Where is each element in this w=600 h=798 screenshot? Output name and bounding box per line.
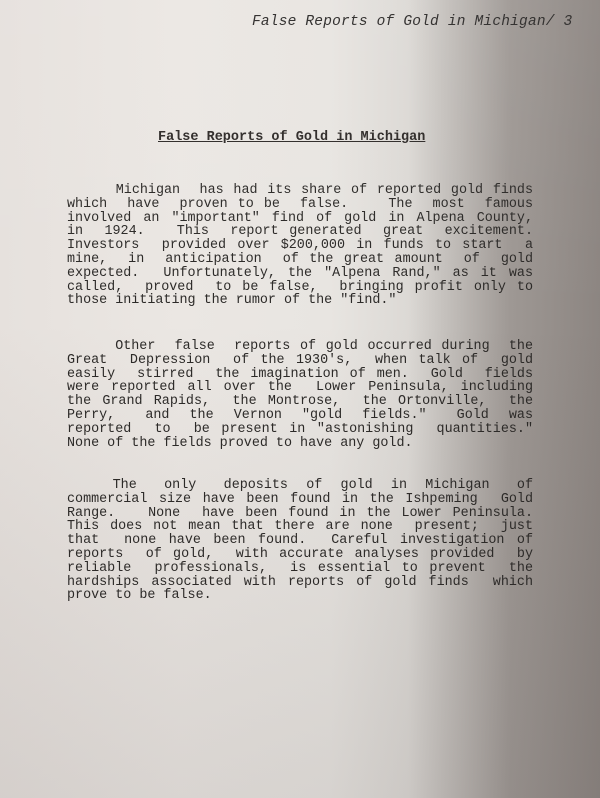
text-line: This does not mean that there are none p…: [67, 520, 533, 534]
document-title: False Reports of Gold in Michigan: [158, 130, 425, 145]
paragraph-3: The only deposits of gold in Michigan of…: [67, 479, 533, 603]
text-line: Other false reports of gold occurred dur…: [67, 340, 533, 354]
text-line: reliable professionals, is essential to …: [67, 562, 533, 576]
text-line: The only deposits of gold in Michigan of: [67, 479, 533, 493]
text-line: commercial size have been found in the I…: [67, 493, 533, 507]
paragraph-2: Other false reports of gold occurred dur…: [67, 340, 533, 450]
text-line: were reported all over the Lower Peninsu…: [67, 381, 533, 395]
text-line: in 1924. This report generated great exc…: [67, 225, 533, 239]
text-line: called, proved to be false, bringing pro…: [67, 281, 533, 295]
text-line: hardships associated with reports of gol…: [67, 576, 533, 590]
text-line: prove to be false.: [67, 589, 533, 603]
text-line: easily stirred the imagination of men. G…: [67, 368, 533, 382]
running-header: False Reports of Gold in Michigan/ 3: [252, 14, 572, 30]
text-line: expected. Unfortunately, the "Alpena Ran…: [67, 267, 533, 281]
text-line: reports of gold, with accurate analyses …: [67, 548, 533, 562]
paragraph-1: Michigan has had its share of reported g…: [67, 184, 533, 308]
text-line: Great Depression of the 1930's, when tal…: [67, 354, 533, 368]
text-line: Investors provided over $200,000 in fund…: [67, 239, 533, 253]
text-line: reported to be present in "astonishing q…: [67, 423, 533, 437]
text-line: involved an "important" find of gold in …: [67, 212, 533, 226]
text-line: that none have been found. Careful inves…: [67, 534, 533, 548]
text-line: mine, in anticipation of the great amoun…: [67, 253, 533, 267]
text-line: the Grand Rapids, the Montrose, the Orto…: [67, 395, 533, 409]
text-line: Perry, and the Vernon "gold fields." Gol…: [67, 409, 533, 423]
text-line: Michigan has had its share of reported g…: [67, 184, 533, 198]
text-line: Range. None have been found in the Lower…: [67, 507, 533, 521]
text-line: which have proven to be false. The most …: [67, 198, 533, 212]
text-line: those initiating the rumor of the "find.…: [67, 294, 533, 308]
text-line: None of the fields proved to have any go…: [67, 437, 533, 451]
